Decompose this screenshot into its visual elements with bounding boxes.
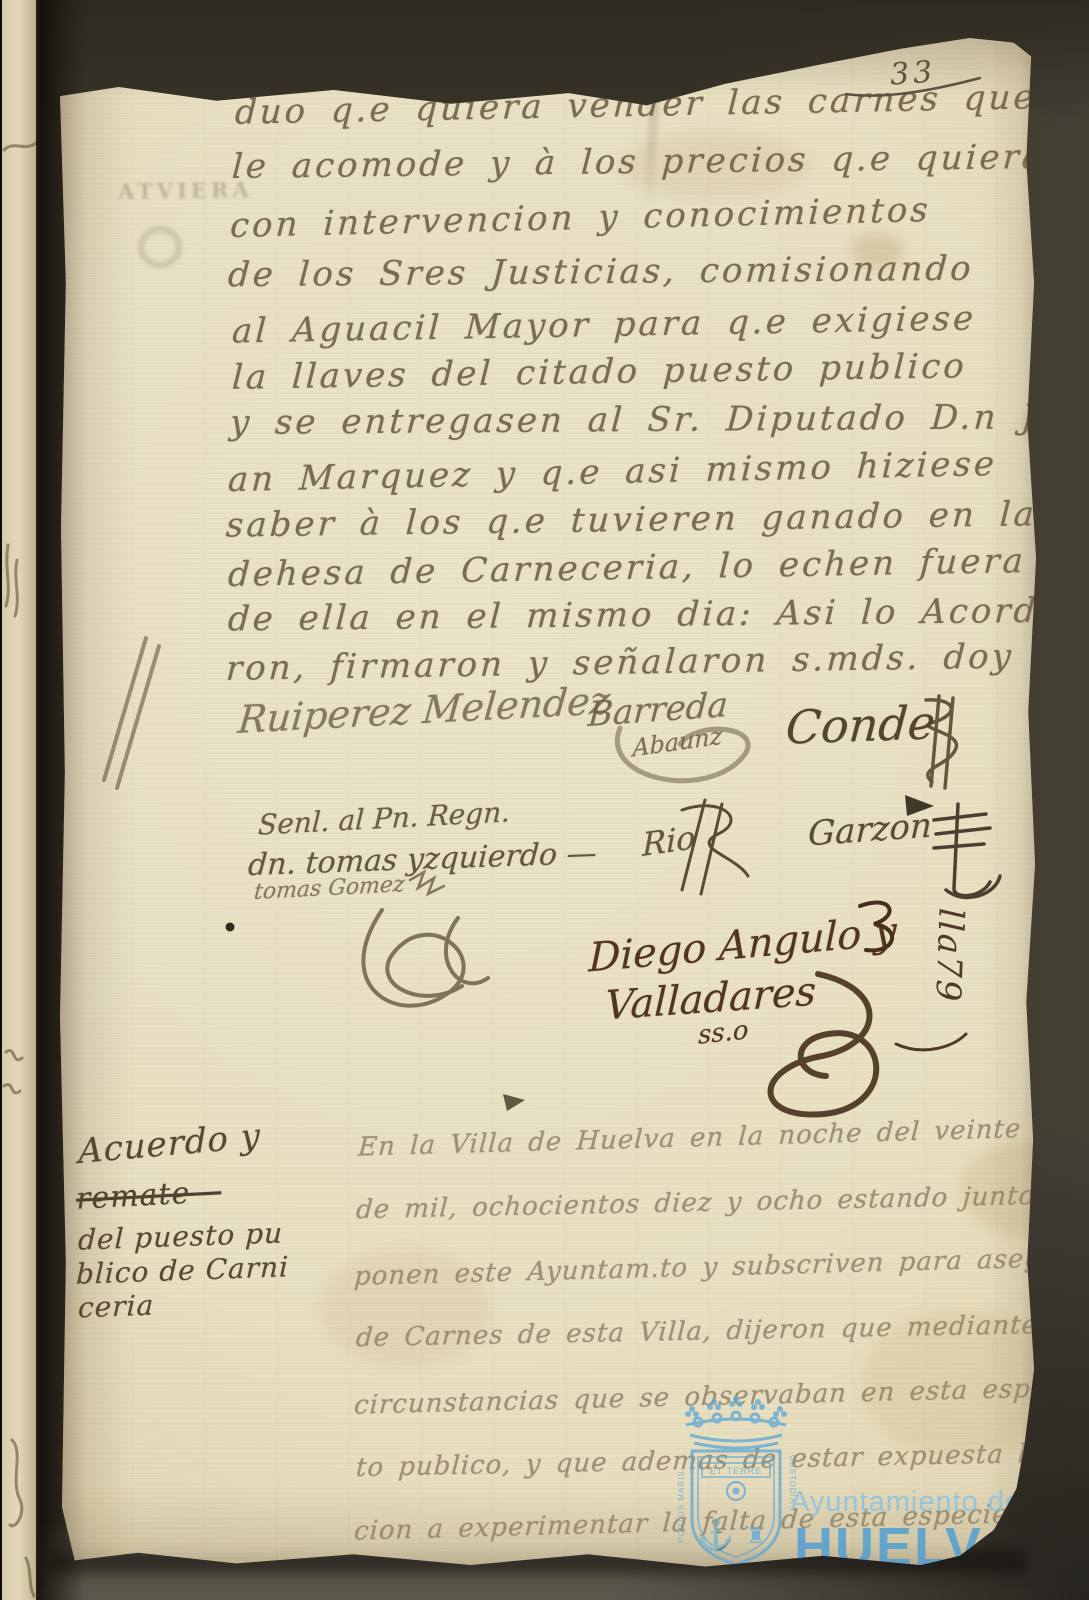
manuscript-line: an Marquez y q.e asi mismo hiziese (227, 444, 998, 500)
signature-rio: Rio (642, 818, 695, 864)
document-scan: ATVIERA 33 duo q.e quiera vender las car… (0, 0, 1089, 1600)
manuscript-line: de mil, ochocientos diez y ocho estando … (355, 1175, 1089, 1226)
manuscript-line: le acomode y à los precios q.e quiera (231, 137, 1046, 187)
signature-sso: ss.o (698, 1015, 748, 1050)
margin-note-line: ceria (77, 1289, 154, 1325)
note-senl-regn: Senl. al Pn. Regn. (257, 795, 511, 841)
show-through-stamp (138, 226, 182, 268)
margin-note-line: blico de Carni (75, 1250, 289, 1291)
manuscript-line: y se entregasen al Sr. Diputado D.n Ju (229, 397, 1064, 443)
manuscript-line: circunstancias que se observaban en esta… (353, 1369, 1089, 1420)
manuscript-line: dehesa de Carneceria, lo echen fuera (227, 541, 1027, 595)
signature-diego-angulo: Diego Angulo y (588, 908, 897, 981)
margin-slash-marks (104, 638, 159, 788)
rosette (727, 1482, 745, 1500)
signature-conde: Conde (784, 695, 937, 754)
gomez-flourish (363, 910, 488, 1006)
margin-note-line: Acuerdo y (78, 1116, 261, 1172)
manuscript-page: ATVIERA 33 duo q.e quiera vender las car… (60, 38, 1038, 1568)
signature-garzon: Garzon (807, 806, 932, 855)
manuscript-line: ron, firmaron y señalaron s.mds. doy fee (225, 635, 1089, 689)
manuscript-line: En la Villa de Huelva en la noche del ve… (357, 1107, 1089, 1162)
manuscript-line: saber à los q.e tuvieren ganado en la (225, 494, 1038, 545)
huelva-crest-logo: ET TERRE ⚓ ♜ PORTUS MARIS CUSTODIA (672, 1393, 800, 1568)
manuscript-line: cion a experimentar la falta de esta esp… (353, 1499, 1009, 1546)
manuscript-line: al Aguacil Mayor para q.e exigiese (231, 298, 977, 351)
ink-blob (503, 1094, 525, 1111)
manuscript-line: la llaves del citado puesto publico (231, 346, 968, 398)
garzon-rubric (934, 804, 1000, 897)
note-tomas-yzquierdo: dn. tomas yzquierdo — (247, 836, 598, 883)
adjacent-page-ink-marks (2, 0, 40, 1600)
manuscript-line: to publico, y que ademas de estar expues… (355, 1437, 1089, 1483)
manuscript-line: de ella en el mismo dia: Asi lo Acorda (227, 591, 1063, 640)
manuscript-line: con intervencion y conocimientos (229, 190, 932, 246)
manuscript-line: ponen este Ayuntam.to y subscriven para … (353, 1238, 1089, 1292)
crown-band (686, 1419, 786, 1425)
manuscript-line: de los Sres Justicias, comisionando (227, 249, 975, 296)
margin-note-line-struck: remate— (75, 1174, 222, 1217)
adjacent-page-edge (2, 0, 40, 1600)
archive-mark-vertical: lla79 (925, 907, 970, 1058)
ink-speck (226, 923, 235, 932)
manuscript-line: de Carnes de esta Villa, dijeron que med… (355, 1307, 1089, 1353)
